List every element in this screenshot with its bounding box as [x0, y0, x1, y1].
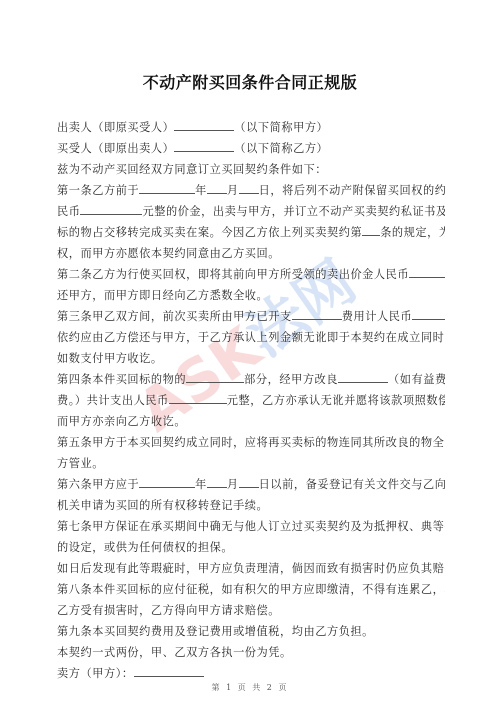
document-line: 如数支付甲方收讫。 [57, 348, 445, 369]
line-text: 日，将后列不动产附保留买回权的约条件以人 [259, 184, 445, 197]
document-line: 而甲方亦亲向乙方收讫。 [57, 411, 445, 432]
document-line: 机关申请为买回的所有权移转登记手续。 [57, 495, 445, 516]
line-text: 第八条本件买回标的应付征税，如有积欠的甲方应即缴清，不得有连累乙，其因此致 [57, 583, 445, 596]
line-text: 民币 [57, 205, 80, 218]
line-text: 机关申请为买回的所有权移转登记手续。 [57, 499, 268, 512]
line-text: 年 [195, 478, 207, 491]
document-page: ASK法网 不动产附买回条件合同正规版 出卖人（即原买受人）（以下简称甲方）买受… [0, 0, 500, 706]
line-text: （如有益费、存 [388, 373, 445, 386]
line-text: 第三条甲乙双方间，前次买卖所由甲方已开支 [57, 310, 292, 323]
document-line: 如日后发现有此等瑕疵时，甲方应负责理清，倘因而致有损害时仍应负其赔偿责任。 [57, 558, 445, 579]
document-line: 卖方（甲方）： [57, 663, 445, 684]
document-line: 还甲方，而甲方即日经向乙方悉数全收。 [57, 285, 445, 306]
fill-in-blank [409, 266, 445, 278]
line-text: 卖方（甲方）： [57, 667, 134, 680]
document-line: 第二条乙方为行使买回权，即将其前向甲方所受领的卖出价金人民币元整返 [57, 264, 445, 285]
fill-in-blank [174, 119, 234, 131]
line-text: 第九条本买回契约费用及登记费用或增值税，均由乙方负担。 [57, 625, 374, 638]
fill-in-blank [139, 476, 195, 488]
fill-in-blank [139, 182, 195, 194]
fill-in-blank [292, 308, 342, 320]
document-line: 兹为不动产买回经双方同意订立买回契约条件如下： [57, 159, 445, 180]
line-text: 第二条乙方为行使买回权，即将其前向甲方所受领的卖出价金人民币 [57, 268, 409, 281]
fill-in-blank [134, 665, 204, 677]
line-text: 费。）共计支出人民币 [57, 394, 169, 407]
line-text: 第四条本件买回标的物的 [57, 373, 186, 386]
fill-in-blank [412, 308, 445, 320]
line-text: 元整的价金，出卖与甲方，并订立不动产买卖契约私证书及将买卖 [142, 205, 445, 218]
document-line: 标的物占交移转完成买卖在案。今因乙方依上列买卖契约第条的规定，为行使买回 [57, 222, 445, 243]
document-line: 第八条本件买回标的应付征税，如有积欠的甲方应即缴清，不得有连累乙，其因此致 [57, 579, 445, 600]
document-line: 第七条甲方保证在承买期间中确无与他人订立过买卖契约及为抵押权、典等他项权利 [57, 516, 445, 537]
fill-in-blank [207, 182, 227, 194]
line-text: （以下简称乙方） [234, 142, 328, 155]
document-line: 的设定，或供为任何债权的担保。 [57, 537, 445, 558]
line-text: 如日后发现有此等瑕疵时，甲方应负责理清，倘因而致有损害时仍应负其赔偿责任。 [57, 562, 445, 575]
document-body: 出卖人（即原买受人）（以下简称甲方）买受人（即原出卖人）（以下简称乙方）兹为不动… [57, 117, 445, 684]
document-line: 第四条本件买回标的物的部分，经甲方改良（如有益费、存 [57, 369, 445, 390]
document-line: 第三条甲乙双方间，前次买卖所由甲方已开支费用计人民币元整， [57, 306, 445, 327]
fill-in-blank [239, 182, 259, 194]
fill-in-blank [362, 224, 380, 236]
document-line: 本契约一式两份，甲、乙双方各执一份为凭。 [57, 642, 445, 663]
document-line: 权，而甲方亦愿依本契约同意由乙方买回。 [57, 243, 445, 264]
page-number: 第 1 页 共 2 页 [0, 682, 500, 693]
line-text: 而甲方亦亲向乙方收讫。 [57, 415, 186, 428]
document-line: 第一条乙方前于年月日，将后列不动产附保留买回权的约条件以人 [57, 180, 445, 201]
line-text: 年 [195, 184, 207, 197]
line-text: 第六条甲方应于 [57, 478, 139, 491]
document-line: 第九条本买回契约费用及登记费用或增值税，均由乙方负担。 [57, 621, 445, 642]
line-text: 费用计人民币 [342, 310, 412, 323]
line-text: 月 [227, 184, 239, 197]
line-text: 本契约一式两份，甲、乙双方各执一份为凭。 [57, 646, 292, 659]
line-text: 月 [227, 478, 239, 491]
line-text: 标的物占交移转完成买卖在案。今因乙方依上列买卖契约第 [57, 226, 362, 239]
line-text: 出卖人（即原买受人） [57, 121, 174, 134]
fill-in-blank [80, 203, 142, 215]
fill-in-blank [239, 476, 259, 488]
line-text: 买受人（即原出卖人） [57, 142, 174, 155]
line-text: 第七条甲方保证在承买期间中确无与他人订立过买卖契约及为抵押权、典等他项权利 [57, 520, 445, 533]
line-text: 方管业。 [57, 457, 104, 470]
fill-in-blank [338, 371, 388, 383]
line-text: 第五条甲方于本买回契约成立同时，应将再买卖标的物连同其所改良的物全部交付乙 [57, 436, 445, 449]
document-line: 费。）共计支出人民币元整，乙方亦承认无讹并愿将该款项照数偿还乙方， [57, 390, 445, 411]
document-line: 第五条甲方于本买回契约成立同时，应将再买卖标的物连同其所改良的物全部交付乙 [57, 432, 445, 453]
line-text: 条的规定，为行使买回 [380, 226, 445, 239]
document-line: 依约应由乙方偿还与甲方，于乙方承认上列金额无讹即于本契约在成立同时，由乙方 [57, 327, 445, 348]
document-title: 不动产附买回条件合同正规版 [0, 70, 500, 93]
line-text: 兹为不动产买回经双方同意订立买回契约条件如下： [57, 163, 327, 176]
line-text: 的设定，或供为任何债权的担保。 [57, 541, 233, 554]
fill-in-blank [169, 392, 227, 404]
line-text: 日以前，备妥登记有关文件交与乙向所辖管理 [259, 478, 445, 491]
line-text: 乙方受有损害时，乙方得向甲方请求赔偿。 [57, 604, 280, 617]
line-text: 权，而甲方亦愿依本契约同意由乙方买回。 [57, 247, 280, 260]
line-text: （以下简称甲方） [234, 121, 328, 134]
fill-in-blank [174, 140, 234, 152]
fill-in-blank [207, 476, 227, 488]
document-line: 方管业。 [57, 453, 445, 474]
line-text: 如数支付甲方收讫。 [57, 352, 163, 365]
document-line: 出卖人（即原买受人）（以下简称甲方） [57, 117, 445, 138]
line-text: 还甲方，而甲方即日经向乙方悉数全收。 [57, 289, 268, 302]
fill-in-blank [186, 371, 244, 383]
document-line: 第六条甲方应于年月日以前，备妥登记有关文件交与乙向所辖管理 [57, 474, 445, 495]
document-line: 民币元整的价金，出卖与甲方，并订立不动产买卖契约私证书及将买卖 [57, 201, 445, 222]
line-text: 元整，乙方亦承认无讹并愿将该款项照数偿还乙方， [227, 394, 445, 407]
document-line: 买受人（即原出卖人）（以下简称乙方） [57, 138, 445, 159]
line-text: 依约应由乙方偿还与甲方，于乙方承认上列金额无讹即于本契约在成立同时，由乙方 [57, 331, 445, 344]
line-text: 第一条乙方前于 [57, 184, 139, 197]
document-line: 乙方受有损害时，乙方得向甲方请求赔偿。 [57, 600, 445, 621]
line-text: 部分，经甲方改良 [244, 373, 338, 386]
